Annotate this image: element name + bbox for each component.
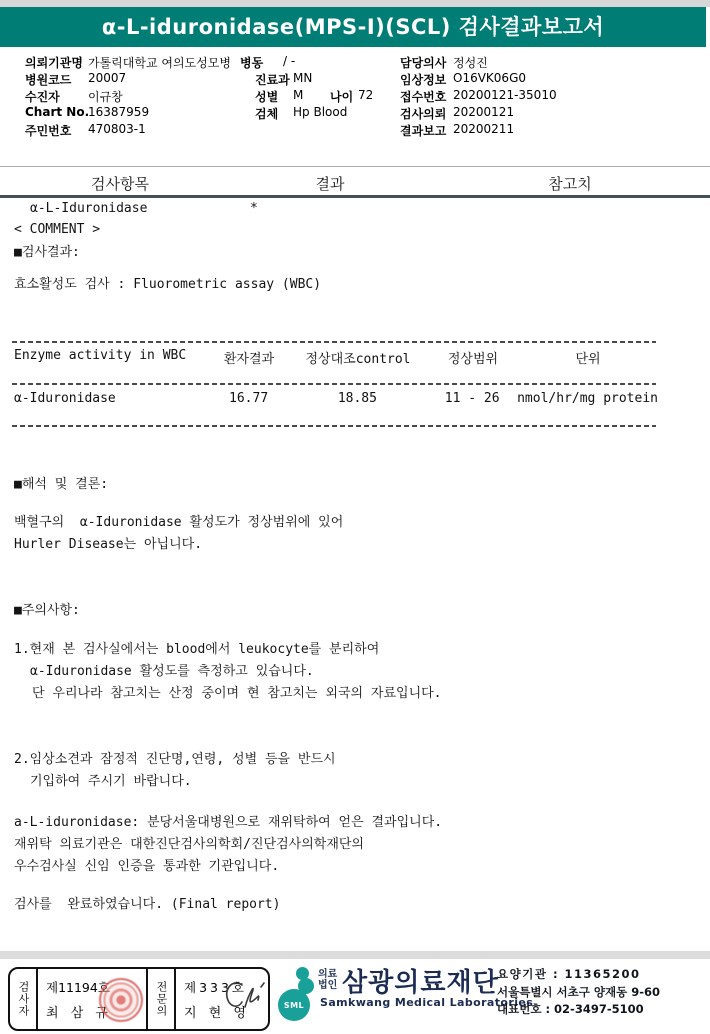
signoff-box: 검사자 제11194호 최 삼 규 전문의 제333호 지 현 영	[8, 967, 270, 1031]
enzyme-col-unit: 단위	[518, 348, 658, 367]
report-date-label: 결과보고	[400, 122, 446, 139]
table-bottom-rule	[0, 195, 710, 198]
dept-label: 진료과	[255, 71, 290, 88]
col-header-item: 검사항목	[60, 173, 180, 194]
lab-address: 서울특별시 서초구 양재동 9-60	[497, 984, 660, 1000]
completion-line: 검사를 완료하였습니다. (Final report)	[14, 893, 280, 912]
enzyme-table-data-row: α-Iduronidase 16.77 18.85 11 - 26 nmol/h…	[14, 391, 658, 406]
org-label: 의뢰기관명	[25, 54, 83, 71]
enzyme-col-control: 정상대조control	[288, 348, 428, 367]
patient-value: 이규창	[88, 88, 123, 105]
interpretation-line: Hurler Disease는 아닙니다.	[14, 533, 202, 552]
enzyme-name: α-Iduronidase	[14, 391, 210, 406]
lab-report-page: α-L-iduronidase(MPS-I)(SCL) 검사결과보고서 의뢰기관…	[0, 0, 710, 1034]
org-type-label: 의료 법인	[318, 969, 337, 991]
test-item-result-flag: *	[250, 201, 258, 216]
caution-line: 기입하여 주시기 바랍니다.	[30, 770, 192, 789]
specialist-signature-icon	[220, 977, 266, 1017]
dashed-divider	[12, 383, 656, 385]
comment-header: < COMMENT >	[14, 222, 100, 237]
test-item-name: α-L-Iduronidase	[30, 201, 147, 216]
chart-no-value: 16387959	[88, 105, 149, 119]
doctor-value: 정성진	[453, 54, 488, 71]
caution-line: 단 우리나라 참고치는 산정 중이며 현 참고치는 외국의 자료입니다.	[32, 682, 442, 701]
doctor-label: 담당의사	[400, 54, 446, 71]
resident-id-value: 470803-1	[88, 122, 146, 136]
examiner-seal-icon	[99, 978, 143, 1022]
dept-value: MN	[293, 71, 312, 85]
request-date-label: 검사의뢰	[400, 105, 446, 122]
enzyme-unit: nmol/hr/mg protein	[517, 391, 658, 406]
section-caution-title: ■주의사항:	[14, 599, 80, 618]
age-label: 나이	[330, 88, 353, 105]
clinical-info-label: 임상정보	[400, 71, 446, 88]
dashed-divider	[12, 341, 656, 343]
referral-line: a-L-iduronidase: 분당서울대병원으로 재위탁하여 얻은 결과입니…	[14, 811, 442, 830]
caution-line: 1.현재 본 검사실에서는 blood에서 leukocyte를 분리하여	[14, 638, 379, 657]
table-top-rule	[0, 166, 710, 167]
specialist-role-label: 전문의	[148, 969, 176, 1029]
interpretation-line: 백혈구의 α-Iduronidase 활성도가 정상범위에 있어	[14, 511, 343, 530]
lab-phone: 대표번호 : 02-3497-5100	[497, 1001, 644, 1017]
org-type-line1: 의료	[318, 969, 337, 980]
col-header-reference: 참고치	[520, 173, 620, 194]
receipt-no-label: 접수번호	[400, 88, 446, 105]
hospital-code-value: 20007	[88, 71, 126, 85]
care-org-number: 요양기관 : 11365200	[497, 966, 641, 982]
dashed-divider	[12, 425, 656, 427]
specialist-cell: 제333호 지 현 영	[176, 969, 268, 1029]
enzyme-table-header-row: Enzyme activity in WBC 환자결과 정상대조control …	[14, 348, 658, 367]
top-gray-strip	[0, 0, 710, 7]
section-result-title: ■검사결과:	[14, 241, 80, 260]
caution-line: 2.임상소견과 잠정적 진단명,연령, 성별 등을 반드시	[14, 748, 336, 767]
org-type-line2: 법인	[318, 980, 337, 991]
enzyme-col-range: 정상범위	[428, 348, 518, 367]
referral-line: 우수검사실 신임 인증을 통과한 기관입니다.	[14, 855, 279, 874]
specimen-value: Hp Blood	[293, 105, 347, 119]
age-value: 72	[358, 88, 373, 102]
sex-value: M	[293, 88, 303, 102]
enzyme-patient-result: 16.77	[210, 391, 288, 406]
receipt-no-value: 20200121-35010	[453, 88, 557, 102]
enzyme-col-name: Enzyme activity in WBC	[14, 348, 210, 367]
enzyme-normal-range: 11 - 26	[427, 391, 517, 406]
enzyme-col-patient: 환자결과	[210, 348, 288, 367]
clinical-info-value: O16VK06G0	[453, 71, 526, 85]
specimen-label: 검체	[255, 105, 278, 122]
org-value: 가톨릭대학교 여의도성모병	[88, 54, 231, 71]
patient-label: 수진자	[25, 88, 60, 105]
caution-line: α-Iduronidase 활성도를 측정하고 있습니다.	[30, 660, 314, 679]
enzyme-normal-control: 18.85	[288, 391, 428, 406]
chart-no-label: Chart No.	[25, 105, 89, 119]
footer-gray-strip	[0, 951, 710, 959]
examiner-cell: 제11194호 최 삼 규	[38, 969, 148, 1029]
section-interpretation-title: ■해석 및 결론:	[14, 473, 108, 492]
hospital-code-label: 병원코드	[25, 71, 71, 88]
request-date-value: 20200121	[453, 105, 514, 119]
examiner-role-label: 검사자	[10, 969, 38, 1029]
assay-method-line: 효소활성도 검사 : Fluorometric assay (WBC)	[14, 273, 321, 292]
lab-name-korean: 삼광의료재단	[342, 962, 499, 999]
resident-id-label: 주민번호	[25, 122, 71, 139]
ward-value: / -	[283, 54, 295, 68]
ward-label: 병동	[240, 54, 263, 71]
referral-line: 재위탁 의료기관은 대한진단검사의학회/진단검사의학재단의	[14, 833, 364, 852]
logo-sml-text: SML	[278, 989, 310, 1021]
report-title: α-L-iduronidase(MPS-I)(SCL) 검사결과보고서	[0, 7, 706, 47]
sex-label: 성별	[255, 88, 278, 105]
report-date-value: 20200211	[453, 122, 514, 136]
sml-logo: SML	[276, 963, 322, 1025]
col-header-result: 결과	[280, 173, 380, 194]
